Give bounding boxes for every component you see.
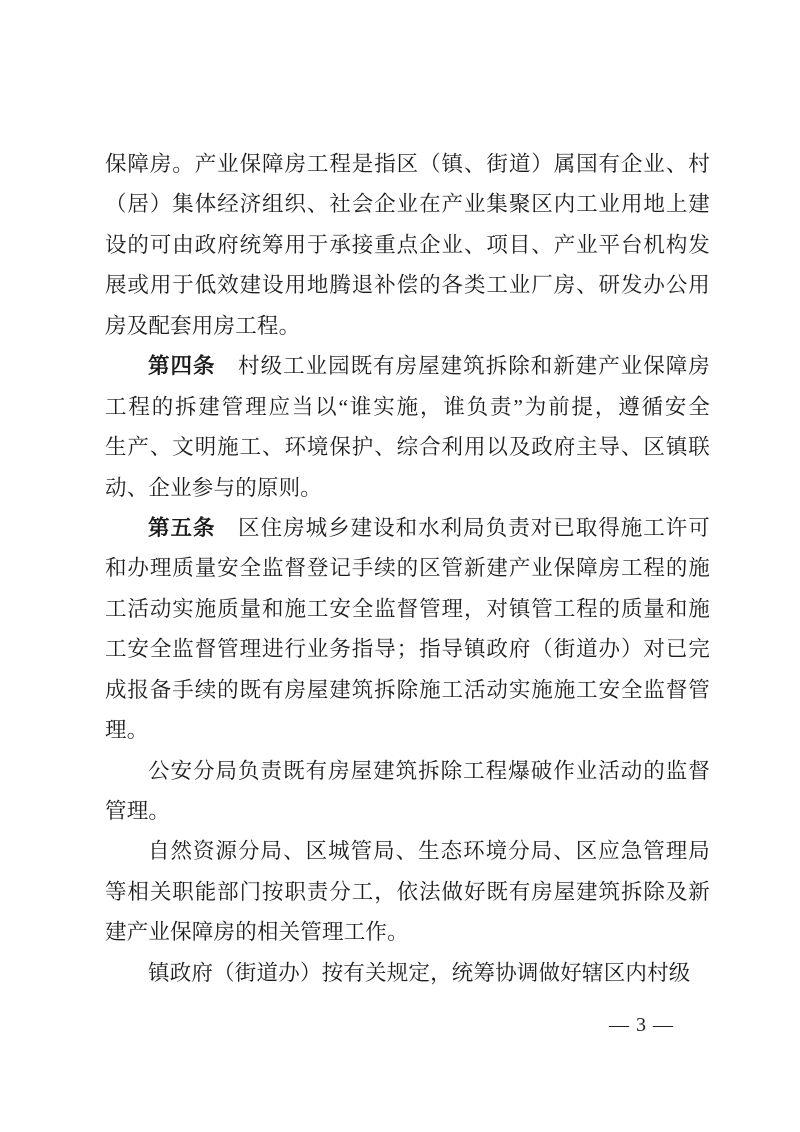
article-number: 第四条 bbox=[148, 354, 216, 378]
text-line: 展或用于低效建设用地腾退补偿的各类工业厂房、研发办公用 bbox=[105, 265, 710, 305]
text-line: 第四条 村级工业园既有房屋建筑拆除和新建产业保障房 bbox=[105, 346, 710, 386]
text-line: 建产业保障房的相关管理工作。 bbox=[105, 912, 710, 952]
document-page: 保障房。产业保障房工程是指区（镇、街道）属国有企业、村（居）集体经济组织、社会企… bbox=[0, 0, 800, 1132]
text-line: 成报备手续的既有房屋建筑拆除施工活动实施施工安全监督管 bbox=[105, 670, 710, 710]
text-line: 生产、文明施工、环境保护、综合利用以及政府主导、区镇联 bbox=[105, 427, 710, 467]
text-line: 第五条 区住房城乡建设和水利局负责对已取得施工许可 bbox=[105, 508, 710, 548]
article-number: 第五条 bbox=[148, 516, 216, 540]
text-line: 设的可由政府统筹用于承接重点企业、项目、产业平台机构发 bbox=[105, 225, 710, 265]
document-body: 保障房。产业保障房工程是指区（镇、街道）属国有企业、村（居）集体经济组织、社会企… bbox=[105, 144, 710, 993]
text-line: 工程的拆建管理应当以“谁实施，谁负责”为前提，遵循安全 bbox=[105, 387, 710, 427]
text-line: （居）集体经济组织、社会企业在产业集聚区内工业用地上建 bbox=[105, 184, 710, 224]
text-line: 公安分局负责既有房屋建筑拆除工程爆破作业活动的监督 bbox=[105, 751, 710, 791]
text-line: 等相关职能部门按职责分工，依法做好既有房屋建筑拆除及新 bbox=[105, 872, 710, 912]
text-line: 和办理质量安全监督登记手续的区管新建产业保障房工程的施 bbox=[105, 548, 710, 588]
text-line: 自然资源分局、区城管局、生态环境分局、区应急管理局 bbox=[105, 831, 710, 871]
text-line: 工安全监督管理进行业务指导；指导镇政府（街道办）对已完 bbox=[105, 629, 710, 669]
text-line: 动、企业参与的原则。 bbox=[105, 468, 710, 508]
text-line: 房及配套用房工程。 bbox=[105, 306, 710, 346]
text-line: 保障房。产业保障房工程是指区（镇、街道）属国有企业、村 bbox=[105, 144, 710, 184]
text-line: 理。 bbox=[105, 710, 710, 750]
text-line: 管理。 bbox=[105, 791, 710, 831]
page-number: — 3 — bbox=[609, 1014, 674, 1037]
text-line: 镇政府（街道办）按有关规定，统筹协调做好辖区内村级 bbox=[105, 953, 710, 993]
text-line: 工活动实施质量和施工安全监督管理，对镇管工程的质量和施 bbox=[105, 589, 710, 629]
